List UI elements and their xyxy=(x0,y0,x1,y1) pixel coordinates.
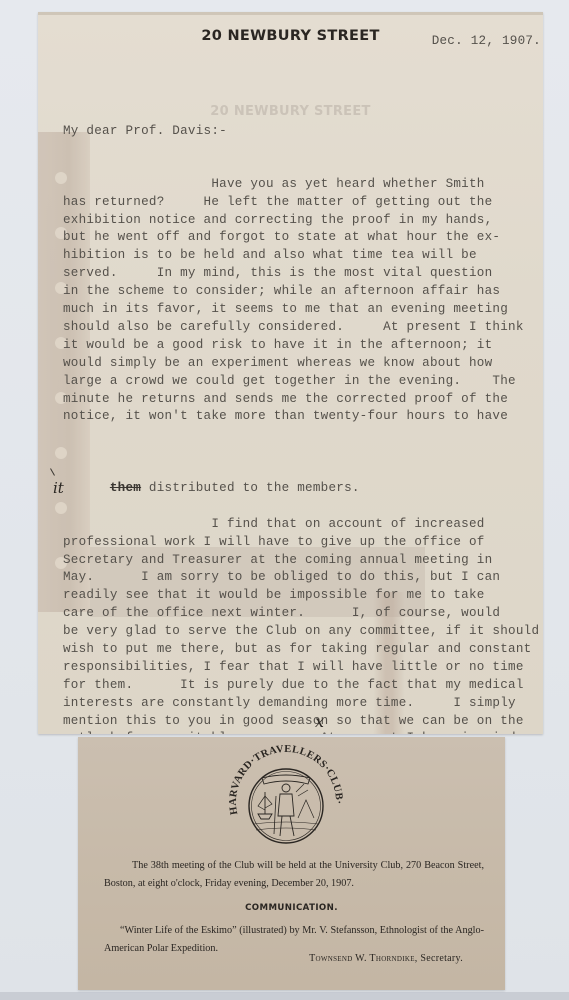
letter-line: but he went off and forgot to state at w… xyxy=(63,229,539,247)
communication-heading: COMMUNICATION. xyxy=(78,903,505,913)
letter-body: Have you as yet heard whether Smithhas r… xyxy=(63,140,539,734)
letterhead-bleedthrough: 20 NEWBURY STREET xyxy=(38,104,543,119)
letter-date: Dec. 12, 1907. xyxy=(432,34,541,48)
letter-line: in the scheme to consider; while an afte… xyxy=(63,283,539,301)
letter-line: Have you as yet heard whether Smith xyxy=(63,176,539,194)
paper-edge xyxy=(38,12,543,15)
letter-line: notice, it won't take more than twenty-f… xyxy=(63,408,539,426)
struck-word: them xyxy=(110,481,141,495)
svg-text:HARVARD·TRAVELLERS·CLUB·: HARVARD·TRAVELLERS·CLUB· xyxy=(228,744,344,815)
letter-line: care of the office next winter. I, of co… xyxy=(63,605,539,623)
letter-line: for them. It is purely due to the fact t… xyxy=(63,677,539,695)
letter-line: outlook for a suitable man. At present I… xyxy=(63,730,539,734)
letter-line: minute he returns and sends me the corre… xyxy=(63,391,539,409)
letter-line: exhibition notice and correcting the pro… xyxy=(63,212,539,230)
letter-line: interests are constantly demanding more … xyxy=(63,695,539,713)
meeting-announcement: The 38th meeting of the Club will be hel… xyxy=(104,857,484,892)
letter-line: should also be carefully considered. At … xyxy=(63,319,539,337)
letter-line: responsibilities, I fear that I will hav… xyxy=(63,659,539,677)
travellers-club-seal-icon: HARVARD·TRAVELLERS·CLUB· xyxy=(224,744,348,848)
letter-line: served. In my mind, this is the most vit… xyxy=(63,265,539,283)
letter-line: has returned? He left the matter of gett… xyxy=(63,194,539,212)
letter-line: much in its favor, it seems to me that a… xyxy=(63,301,539,319)
letter-line: would simply be an experiment whereas we… xyxy=(63,355,539,373)
letter-line: professional work I will have to give up… xyxy=(63,534,539,552)
letter-line: readily see that it would be impossible … xyxy=(63,587,539,605)
secretary-signature: Townsend W. Thorndike, Secretary. xyxy=(309,953,463,964)
signature-name: Townsend W. Thorndike, xyxy=(309,953,418,964)
background-band xyxy=(0,992,569,1000)
letter-line: May. I am sorry to be obliged to do this… xyxy=(63,569,539,587)
letter-line: hibition is to be held and also what tim… xyxy=(63,247,539,265)
letter-line: mention this to you in good season so th… xyxy=(63,713,539,731)
communication-description: “Winter Life of the Eskimo” (illustrated… xyxy=(104,922,484,957)
letter-line: it would be a good risk to have it in th… xyxy=(63,337,539,355)
handwritten-mark: x xyxy=(315,712,324,731)
letter-line: large a crowd we could get together in t… xyxy=(63,373,539,391)
corrected-line: itthem distributed to the members. xyxy=(63,462,539,480)
line-text: distributed to the members. xyxy=(141,481,360,495)
meeting-notice-card: HARVARD·TRAVELLERS·CLUB· The 38th meetin… xyxy=(78,737,505,990)
letter-line: wish to put me there, but as for taking … xyxy=(63,641,539,659)
letter-line: Secretary and Treasurer at the coming an… xyxy=(63,552,539,570)
handwritten-correction: it xyxy=(53,480,64,498)
letter-sheet: 20 NEWBURY STREET 20 NEWBURY STREET Dec.… xyxy=(38,12,543,734)
salutation: My dear Prof. Davis:- xyxy=(63,124,227,138)
letter-line: I find that on account of increased xyxy=(63,516,539,534)
letter-line: be very glad to serve the Club on any co… xyxy=(63,623,539,641)
signature-role: Secretary. xyxy=(418,953,463,964)
